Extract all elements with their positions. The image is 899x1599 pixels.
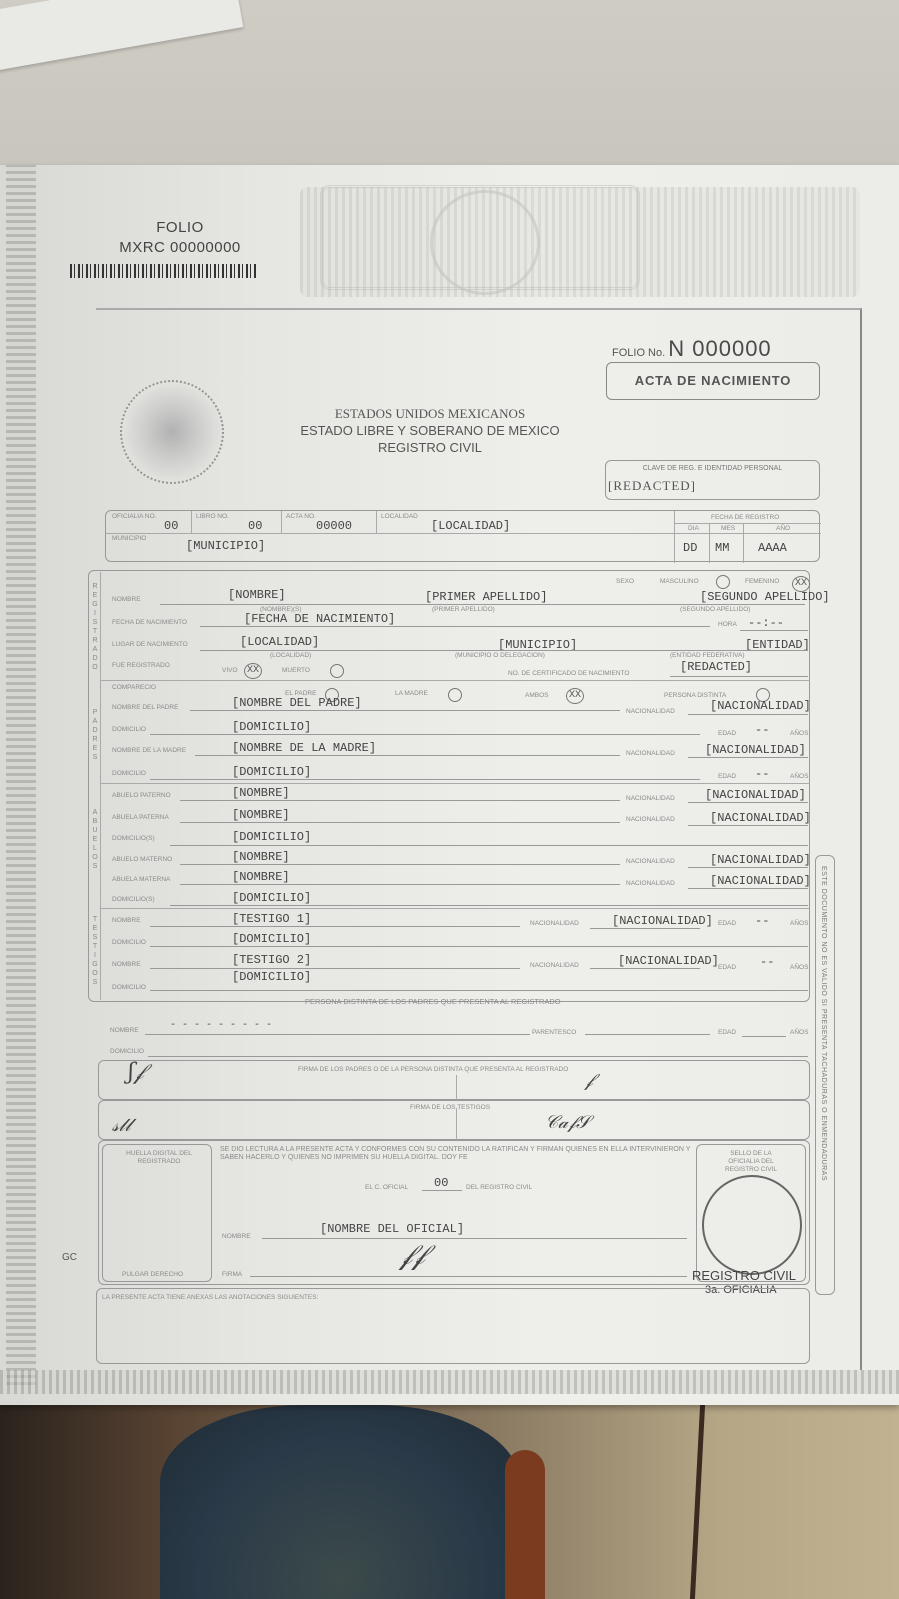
madre-domicilio-label: DOMICILIO [112, 770, 146, 777]
abuelo-paterno-label: ABUELO PATERNO [112, 792, 171, 799]
vivo-label: VIVO [222, 667, 238, 674]
sub-segundo-apellido: (SEGUNDO APELLIDO) [680, 606, 750, 613]
header-line-2: ESTADO LIBRE Y SOBERANO DE MEXICO [270, 422, 590, 439]
municipio-label: MUNICIPIO [112, 535, 146, 542]
domicilio-maternos: [DOMICILIO] [232, 891, 311, 905]
mes-value: MM [715, 541, 729, 555]
oficial-suffix: DEL REGISTRO CIVIL [466, 1184, 532, 1191]
padre-nombre: [NOMBRE DEL PADRE] [232, 696, 362, 710]
acta-value: 00000 [316, 519, 352, 533]
persona-distinta-edad-label: EDAD [718, 1029, 736, 1036]
signature-mark: 𝒞𝒶𝒻𝒮 [545, 1112, 590, 1133]
mes-label: MES [721, 525, 735, 532]
background-knee [160, 1405, 520, 1599]
testigo2-anos-label: AÑOS [790, 964, 808, 971]
acta-label: ACTA No. [286, 513, 316, 520]
top-folio-label: FOLIO [100, 218, 260, 238]
firma-testigos-label: FIRMA DE LOS TESTIGOS [410, 1104, 490, 1111]
ambos-checkbox: XX [566, 688, 584, 704]
domicilio-paternos-label: DOMICILIO(S) [112, 835, 155, 842]
folio-number: FOLIO No. N 000000 [612, 336, 772, 362]
oficialia-label: OFICIALIA No. [112, 513, 156, 520]
document-header: ESTADOS UNIDOS MEXICANOS ESTADO LIBRE Y … [270, 405, 590, 456]
signature-mark: 𝓈𝓁𝓁 [112, 1115, 131, 1136]
oficial-number: 00 [434, 1176, 448, 1190]
persona-distinta-nombre-label: NOMBRE [110, 1027, 139, 1034]
testigo2-domicilio-label: DOMICILIO [112, 984, 146, 991]
top-folio: FOLIO MXRC 00000000 [100, 218, 260, 258]
sub-localidad: (LOCALIDAD) [270, 652, 311, 659]
abuela-materna-label: ABUELA MATERNA [112, 876, 170, 883]
validity-note-box: ESTE DOCUMENTO NO ES VALIDO SI PRESENTA … [815, 855, 835, 1295]
lectura-text: SE DIO LECTURA A LA PRESENTE ACTA Y CONF… [220, 1146, 696, 1162]
registrado-nombre: [NOMBRE] [228, 588, 286, 602]
masculino-label: MASCULINO [660, 578, 699, 585]
barcode-icon [70, 264, 258, 278]
muerto-label: MUERTO [282, 667, 310, 674]
madre-nacionalidad: [NACIONALIDAD] [705, 743, 806, 757]
testigo2-nombre-label: NOMBRE [112, 961, 141, 968]
lugar-localidad: [LOCALIDAD] [240, 635, 319, 649]
identity-key-value: [REDACTED] [606, 478, 819, 494]
signature-mark: ʃ𝒻 [128, 1060, 144, 1085]
parentesco-label: PARENTESCO [532, 1029, 576, 1036]
fecha-nacimiento-value: [FECHA DE NACIMIENTO] [244, 612, 395, 626]
testigo2-nacionalidad-label: NACIONALIDAD [530, 962, 579, 969]
signature-mark: 𝒻 [585, 1070, 593, 1091]
registrado-primer-apellido: [PRIMER APELLIDO] [425, 590, 547, 604]
domicilio-paternos: [DOMICILIO] [232, 830, 311, 844]
side-label-padres: PADRES [90, 708, 100, 762]
firma-label: FIRMA [222, 1271, 242, 1278]
testigo1-edad: -- [755, 914, 769, 928]
side-label-testigos: TESTIGOS [90, 915, 100, 987]
persona-distinta-anos-label: AÑOS [790, 1029, 808, 1036]
oficial-nombre: [NOMBRE DEL OFICIAL] [320, 1222, 464, 1236]
sub-primer-apellido: (PRIMER APELLIDO) [432, 606, 495, 613]
testigo2-nacionalidad: [NACIONALIDAD] [618, 954, 719, 968]
localidad-value: [LOCALIDAD] [431, 519, 510, 533]
femenino-label: FEMENINO [745, 578, 779, 585]
official-stamp-icon [702, 1175, 802, 1275]
madre-nacionalidad-label: NACIONALIDAD [626, 750, 675, 757]
abuela-paterna-nacionalidad: [NACIONALIDAD] [710, 811, 811, 825]
testigo2-domicilio: [DOMICILIO] [232, 970, 311, 984]
registry-info: OFICIALIA No. 00 LIBRO No. 00 ACTA No. 0… [105, 510, 820, 562]
persona-distinta-title: PERSONA DISTINTA DE LOS PADRES QUE PRESE… [305, 997, 561, 1006]
oficial-prefix: EL C. OFICIAL [365, 1184, 408, 1191]
huella-label: HUELLA DIGITAL DEL REGISTRADO [118, 1150, 200, 1166]
abuelo-paterno-nacionalidad: [NACIONALIDAD] [705, 788, 806, 802]
madre-domicilio: [DOMICILIO] [232, 765, 311, 779]
madre-edad: -- [755, 767, 769, 781]
hora-label: HORA [718, 621, 737, 628]
libro-label: LIBRO No. [196, 513, 229, 520]
dia-label: DIA [688, 525, 699, 532]
padre-domicilio-label: DOMICILIO [112, 726, 146, 733]
testigo1-domicilio: [DOMICILIO] [232, 932, 311, 946]
fue-registrado-label: FUE REGISTRADO [112, 662, 170, 669]
fecha-nacimiento-label: FECHA DE NACIMIENTO [112, 619, 187, 626]
top-folio-value: MXRC 00000000 [100, 238, 260, 258]
identity-key-label: CLAVE DE REG. E IDENTIDAD PERSONAL [606, 465, 819, 472]
padre-nacionalidad-label: NACIONALIDAD [626, 708, 675, 715]
abuelo-paterno: [NOMBRE] [232, 786, 290, 800]
anotaciones-label: LA PRESENTE ACTA TIENE ANEXAS LAS ANOTAC… [102, 1294, 318, 1301]
madre-anos-label: AÑOS [790, 773, 808, 780]
testigo2-nombre: [TESTIGO 2] [232, 953, 311, 967]
pulgar-label: PULGAR DERECHO [122, 1271, 183, 1278]
testigo1-nombre: [TESTIGO 1] [232, 912, 311, 926]
dia-value: DD [683, 541, 697, 555]
comparecio-label: COMPARECIO [112, 684, 156, 691]
background-paper [0, 0, 243, 72]
padre-domicilio: [DOMICILIO] [232, 720, 311, 734]
domicilio-maternos-label: DOMICILIO(S) [112, 896, 155, 903]
abuelo-materno-nacionalidad: [NACIONALIDAD] [710, 853, 811, 867]
madre-nombre: [NOMBRE DE LA MADRE] [232, 741, 376, 755]
background-chair-leg [505, 1450, 545, 1599]
madre-label: NOMBRE DE LA MADRE [112, 747, 186, 754]
signature-mark: 𝒻𝒻 [400, 1238, 425, 1272]
testigo1-nacionalidad-label: NACIONALIDAD [530, 920, 579, 927]
municipio-value: [MUNICIPIO] [186, 539, 265, 553]
abuelo-paterno-nacionalidad-label: NACIONALIDAD [626, 795, 675, 802]
testigo1-anos-label: AÑOS [790, 920, 808, 927]
oficial-nombre-label: NOMBRE [222, 1233, 251, 1240]
testigo1-domicilio-label: DOMICILIO [112, 939, 146, 946]
folio-number-value: N 000000 [668, 336, 771, 361]
sub-municipio: (MUNICIPIO O DELEGACION) [455, 652, 545, 659]
abuela-paterna: [NOMBRE] [232, 808, 290, 822]
persona-distinta-domicilio-label: DOMICILIO [110, 1048, 144, 1055]
header-line-1: ESTADOS UNIDOS MEXICANOS [270, 405, 590, 422]
masculino-checkbox [716, 575, 730, 589]
libro-value: 00 [248, 519, 262, 533]
la-madre-label: LA MADRE [395, 690, 428, 697]
vivo-checkbox: XX [244, 663, 262, 679]
padre-edad-label: EDAD [718, 730, 736, 737]
padre-anos-label: AÑOS [790, 730, 808, 737]
sub-entidad: (ENTIDAD FEDERATIVA) [670, 652, 745, 659]
testigo1-nacionalidad: [NACIONALIDAD] [612, 914, 713, 928]
la-madre-checkbox [448, 688, 462, 702]
certificado-value: [REDACTED] [680, 660, 752, 674]
main-section [88, 570, 810, 1002]
side-label-registrado: REGISTRADO [90, 582, 100, 672]
side-code: GC [62, 1252, 77, 1263]
padre-edad: -- [755, 723, 769, 737]
lugar-nacimiento-label: LUGAR DE NACIMIENTO [112, 641, 188, 648]
abuelo-materno-nacionalidad-label: NACIONALIDAD [626, 858, 675, 865]
testigo2-edad-label: EDAD [718, 964, 736, 971]
abuela-materna-nacionalidad-label: NACIONALIDAD [626, 880, 675, 887]
abuela-paterna-label: ABUELA PATERNA [112, 814, 169, 821]
sexo-label: SEXO [616, 578, 634, 585]
testigo2-edad: -- [760, 955, 774, 969]
abuela-materna-nacionalidad: [NACIONALIDAD] [710, 874, 811, 888]
padre-label: NOMBRE DEL PADRE [112, 704, 178, 711]
localidad-label: LOCALIDAD [381, 513, 418, 520]
ambos-label: AMBOS [525, 692, 548, 699]
madre-edad-label: EDAD [718, 773, 736, 780]
testigo1-nombre-label: NOMBRE [112, 917, 141, 924]
fecha-registro-label: FECHA DE REGISTRO [711, 514, 779, 521]
padre-nacionalidad: [NACIONALIDAD] [710, 699, 811, 713]
abuelo-materno-label: ABUELO MATERNO [112, 856, 172, 863]
validity-note: ESTE DOCUMENTO NO ES VALIDO SI PRESENTA … [820, 866, 827, 1181]
muerto-checkbox [330, 664, 344, 678]
stamp-registro-civil: REGISTRO CIVIL [692, 1268, 796, 1283]
folio-number-label: FOLIO No. [612, 347, 665, 359]
abuela-paterna-nacionalidad-label: NACIONALIDAD [626, 816, 675, 823]
persona-distinta-label: PERSONA DISTINTA [664, 692, 726, 699]
decorative-seal-icon [430, 190, 540, 295]
abuelo-materno: [NOMBRE] [232, 850, 290, 864]
certificado-label: No. DE CERTIFICADO DE NACIMIENTO [508, 670, 629, 677]
hora-value: --:-- [748, 616, 784, 630]
registrado-segundo-apellido: [SEGUNDO APELLIDO] [700, 590, 830, 604]
ano-label: AÑO [776, 525, 790, 532]
firma-padres-label: FIRMA DE LOS PADRES O DE LA PERSONA DIST… [298, 1066, 568, 1073]
persona-distinta-nombre: - - - - - - - - - [170, 1020, 272, 1031]
testigo1-edad-label: EDAD [718, 920, 736, 927]
nombre-label: NOMBRE [112, 596, 141, 603]
security-border-left [6, 165, 36, 1385]
abuela-materna: [NOMBRE] [232, 870, 290, 884]
sello-label: SELLO DE LA OFICIALIA DEL REGISTRO CIVIL [718, 1150, 784, 1174]
side-label-abuelos: ABUELOS [90, 808, 100, 871]
ano-value: AAAA [758, 541, 787, 555]
national-emblem-icon [120, 380, 224, 484]
oficialia-value: 00 [164, 519, 178, 533]
document-type-title: ACTA DE NACIMIENTO [606, 362, 820, 400]
security-border-bottom [0, 1370, 899, 1394]
identity-key-box: CLAVE DE REG. E IDENTIDAD PERSONAL [REDA… [605, 460, 820, 500]
header-line-3: REGISTRO CIVIL [270, 439, 590, 456]
